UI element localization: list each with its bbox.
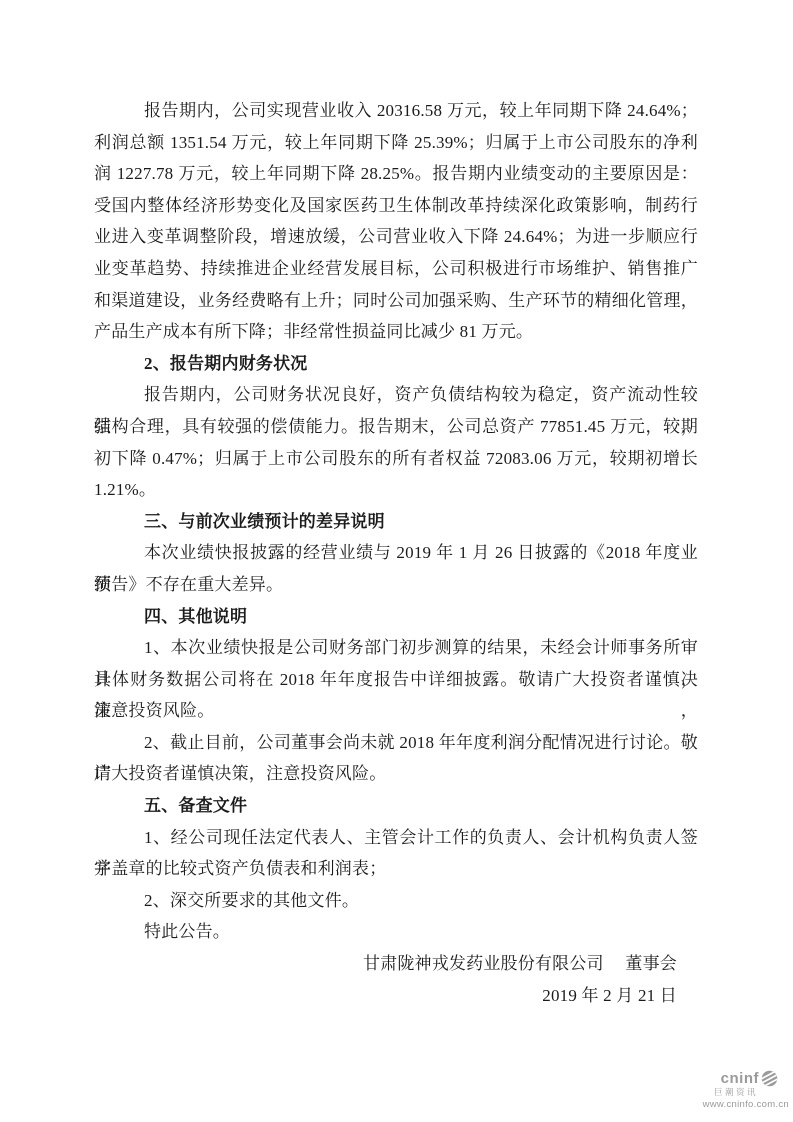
- doc-line: 利润总额 1351.54 万元，较上年同期下降 25.39%；归属于上市公司股东…: [94, 127, 698, 159]
- section-heading: 2、报告期内财务状况: [94, 348, 698, 380]
- document-page: 报告期内，公司实现营业收入 20316.58 万元，较上年同期下降 24.64%…: [0, 0, 793, 1122]
- doc-line: 本次业绩快报披露的经营业绩与 2019 年 1 月 26 日披露的《2018 年…: [94, 537, 698, 569]
- doc-line: 和渠道建设，业务经费略有上升；同时公司加强采购、生产环节的精细化管理，: [94, 285, 698, 317]
- signature-line: 甘肃陇神戎发药业股份有限公司 董事会: [94, 948, 698, 980]
- section-heading: 四、其他说明: [94, 601, 698, 633]
- cninfo-swirl-icon: [761, 1070, 778, 1087]
- section-heading: 三、与前次业绩预计的差异说明: [94, 506, 698, 538]
- doc-line: 具体财务数据公司将在 2018 年年度报告中详细披露。敬请广大投资者谨慎决策，: [94, 664, 698, 696]
- doc-line: 报告期内，公司实现营业收入 20316.58 万元，较上年同期下降 24.64%…: [94, 95, 698, 127]
- doc-line: 预告》不存在重大差异。: [94, 569, 698, 601]
- doc-line: 结构合理，具有较强的偿债能力。报告期末，公司总资产 77851.45 万元，较期: [94, 411, 698, 443]
- doc-line: 2、截止目前，公司董事会尚未就 2018 年年度利润分配情况进行讨论。敬请: [94, 727, 698, 759]
- doc-line: 初下降 0.47%；归属于上市公司股东的所有者权益 72083.06 万元，较期…: [94, 443, 698, 475]
- document-body: 报告期内，公司实现营业收入 20316.58 万元，较上年同期下降 24.64%…: [94, 95, 698, 1011]
- cninfo-chinese-name: 巨潮资讯: [714, 1088, 758, 1097]
- signature-line: 2019 年 2 月 21 日: [94, 980, 698, 1012]
- doc-line: 受国内整体经济形势变化及国家医药卫生体制改革持续深化政策影响，制药行: [94, 190, 698, 222]
- doc-line: 2、深交所要求的其他文件。: [94, 885, 698, 917]
- doc-line: 1、经公司现任法定代表人、主管会计工作的负责人、会计机构负责人签字: [94, 822, 698, 854]
- doc-line: 产品生产成本有所下降；非经常性损益同比减少 81 万元。: [94, 316, 698, 348]
- doc-line: 1、本次业绩快报是公司财务部门初步测算的结果，未经会计师事务所审计，: [94, 632, 698, 664]
- doc-line: 特此公告。: [94, 916, 698, 948]
- doc-line: 业进入变革调整阶段，增速放缓，公司营业收入下降 24.64%；为进一步顺应行: [94, 221, 698, 253]
- cninfo-logo-top: cninf: [721, 1070, 778, 1087]
- doc-line: 业变革趋势、持续推进企业经营发展目标，公司积极进行市场维护、销售推广: [94, 253, 698, 285]
- cninfo-logo: cninf 巨潮资讯 www.cninfo.com.cn: [703, 1070, 789, 1110]
- doc-line: 并盖章的比较式资产负债表和利润表；: [94, 853, 698, 885]
- doc-line: 报告期内，公司财务状况良好，资产负债结构较为稳定，资产流动性较强，: [94, 379, 698, 411]
- cninfo-brand-text: cninf: [721, 1071, 759, 1086]
- doc-line: 广大投资者谨慎决策，注意投资风险。: [94, 758, 698, 790]
- section-heading: 五、备查文件: [94, 790, 698, 822]
- doc-line: 润 1227.78 万元，较上年同期下降 28.25%。报告期内业绩变动的主要原…: [94, 158, 698, 190]
- doc-line: 1.21%。: [94, 474, 698, 506]
- cninfo-url: www.cninfo.com.cn: [703, 1099, 789, 1110]
